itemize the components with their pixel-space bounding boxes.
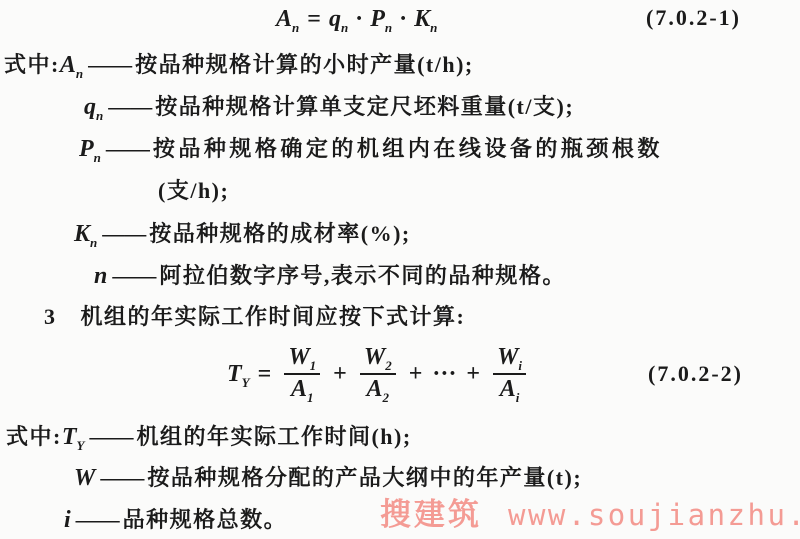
definition-row-i: i —— 品种规格总数。 bbox=[64, 503, 287, 534]
where-label: 式中: bbox=[4, 48, 60, 79]
var-W: W bbox=[74, 465, 95, 492]
definition-continuation: (支/h); bbox=[158, 174, 229, 205]
var-qn: qn bbox=[84, 94, 103, 121]
var-n: n bbox=[94, 263, 107, 290]
fraction-Wi-Ai: Wi Ai bbox=[493, 344, 526, 403]
multiply-dot: · bbox=[399, 6, 407, 33]
watermark: 搜建筑 www.soujianzhu.cn bbox=[380, 489, 800, 534]
var-An: An bbox=[60, 52, 83, 79]
definition-row-Pn: Pn —— 按品种规格确定的机组内在线设备的瓶颈根数 bbox=[79, 132, 663, 163]
em-dash: —— bbox=[100, 465, 144, 491]
em-dash: —— bbox=[76, 507, 120, 533]
equals-sign: = bbox=[307, 6, 321, 33]
em-dash: —— bbox=[88, 52, 132, 78]
definition-row-W: W —— 按品种规格分配的产品大纲中的年产量(t); bbox=[74, 461, 582, 492]
em-dash: —— bbox=[112, 263, 156, 289]
definition-text: 机组的年实际工作时间(h); bbox=[136, 420, 411, 451]
item-text: 机组的年实际工作时间应按下式计算: bbox=[81, 300, 466, 331]
where-label: 式中: bbox=[6, 420, 62, 451]
plus-sign: + bbox=[466, 361, 480, 388]
var-An: An bbox=[276, 6, 299, 33]
item-number: 3 bbox=[44, 304, 57, 330]
clause-item-3: 3 机组的年实际工作时间应按下式计算: bbox=[44, 300, 465, 331]
definition-text: 品种规格总数。 bbox=[123, 503, 288, 534]
definition-text: 按品种规格确定的机组内在线设备的瓶颈根数 bbox=[153, 132, 663, 163]
definition-text: (支/h); bbox=[158, 174, 229, 205]
document-page: An = qn · Pn · Kn (7.0.2-1) 式中: An —— 按品… bbox=[0, 0, 800, 539]
var-qn: qn bbox=[329, 6, 348, 33]
em-dash: —— bbox=[102, 221, 146, 247]
watermark-site-name: 搜建筑 bbox=[380, 489, 482, 534]
var-i: i bbox=[64, 507, 71, 534]
definition-text: 按品种规格的成材率(%); bbox=[149, 217, 410, 248]
fraction-W1-A1: W1 A1 bbox=[284, 344, 320, 403]
multiply-dot: · bbox=[355, 6, 363, 33]
var-TY: TY bbox=[227, 361, 250, 388]
watermark-url: www.soujianzhu.cn bbox=[508, 498, 800, 532]
em-dash: —— bbox=[106, 136, 150, 162]
definition-row-An: 式中: An —— 按品种规格计算的小时产量(t/h); bbox=[4, 48, 474, 79]
definition-row-n: n —— 阿拉伯数字序号,表示不同的品种规格。 bbox=[94, 259, 566, 290]
em-dash: —— bbox=[89, 424, 133, 450]
equation-7-0-2-1: An = qn · Pn · Kn bbox=[276, 2, 437, 36]
equation-number-1: (7.0.2-1) bbox=[646, 5, 741, 31]
em-dash: —— bbox=[108, 94, 152, 120]
plus-sign: + bbox=[333, 361, 347, 388]
definition-text: 按品种规格分配的产品大纲中的年产量(t); bbox=[147, 461, 582, 492]
definition-text: 按品种规格计算的小时产量(t/h); bbox=[135, 48, 474, 79]
var-TY: TY bbox=[62, 424, 85, 451]
definition-text: 按品种规格计算单支定尺坯料重量(t/支); bbox=[155, 90, 574, 121]
fraction-W2-A2: W2 A2 bbox=[360, 344, 396, 403]
definition-row-Kn: Kn —— 按品种规格的成材率(%); bbox=[74, 217, 411, 248]
equation-number-2: (7.0.2-2) bbox=[648, 361, 743, 387]
equals-sign: = bbox=[258, 361, 272, 388]
ellipsis: … bbox=[432, 355, 456, 382]
plus-sign: + bbox=[409, 361, 423, 388]
definition-row-TY: 式中: TY —— 机组的年实际工作时间(h); bbox=[6, 420, 412, 451]
var-Pn: Pn bbox=[370, 6, 392, 33]
definition-row-qn: qn —— 按品种规格计算单支定尺坯料重量(t/支); bbox=[84, 90, 574, 121]
definition-text: 阿拉伯数字序号,表示不同的品种规格。 bbox=[159, 259, 566, 290]
var-Kn: Kn bbox=[74, 221, 97, 248]
var-Kn: Kn bbox=[414, 6, 437, 33]
var-Pn: Pn bbox=[79, 136, 101, 163]
equation-7-0-2-2: TY = W1 A1 + W2 A2 + … + Wi Ai bbox=[227, 340, 531, 408]
